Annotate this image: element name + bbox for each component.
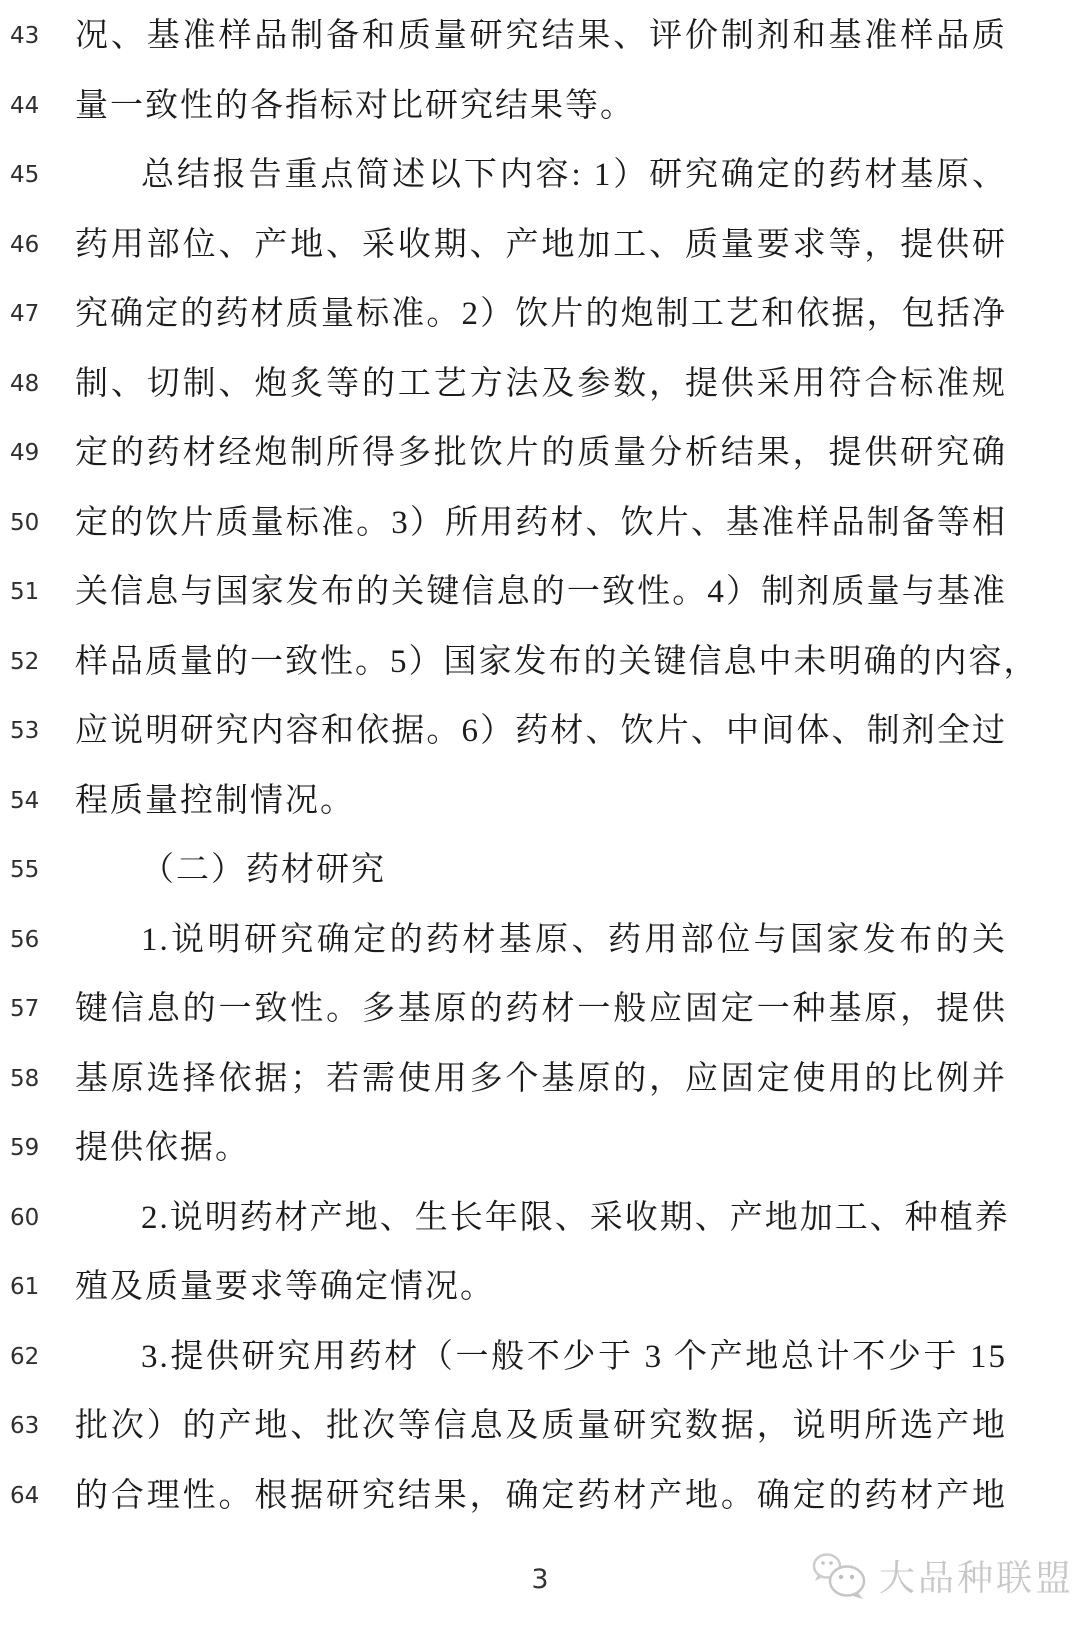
document-line: 61殖及质量要求等确定情况。 (0, 1256, 1080, 1318)
line-number: 54 (10, 770, 58, 832)
line-text: 提供依据。 (75, 1117, 1007, 1179)
line-text: 1.说明研究确定的药材基原、药用部位与国家发布的关 (75, 909, 1007, 971)
document-line: 58基原选择依据；若需使用多个基原的，应固定使用的比例并 (0, 1048, 1080, 1110)
line-number: 60 (10, 1187, 58, 1249)
section-heading: （二）药材研究 (75, 839, 1007, 901)
watermark: 大品种联盟 (811, 1546, 1074, 1604)
line-text: 定的饮片质量标准。3）所用药材、饮片、基准样品制备等相 (75, 492, 1007, 554)
document-line: 561.说明研究确定的药材基原、药用部位与国家发布的关 (0, 909, 1080, 971)
line-number: 46 (10, 214, 58, 276)
line-text: 3.提供研究用药材（一般不少于 3 个产地总计不少于 15 (75, 1326, 1007, 1388)
line-number: 55 (10, 839, 58, 901)
line-text: 关信息与国家发布的关键信息的一致性。4）制剂质量与基准 (75, 561, 1007, 623)
line-text: 总结报告重点简述以下内容: 1）研究确定的药材基原、 (75, 144, 1007, 206)
line-text: 批次）的产地、批次等信息及质量研究数据，说明所选产地 (75, 1395, 1007, 1457)
line-number: 57 (10, 978, 58, 1040)
line-number: 52 (10, 631, 58, 693)
line-number: 62 (10, 1326, 58, 1388)
document-line: 63批次）的产地、批次等信息及质量研究数据，说明所选产地 (0, 1395, 1080, 1457)
document-line: 49定的药材经炮制所得多批饮片的质量分析结果，提供研究确 (0, 422, 1080, 484)
line-text: 量一致性的各指标对比研究结果等。 (75, 75, 1007, 137)
document-line: 43况、基准样品制备和质量研究结果、评价制剂和基准样品质 (0, 5, 1080, 67)
line-text: 定的药材经炮制所得多批饮片的质量分析结果，提供研究确 (75, 422, 1007, 484)
line-number: 58 (10, 1048, 58, 1110)
document-line: 59提供依据。 (0, 1117, 1080, 1179)
line-text: 应说明研究内容和依据。6）药材、饮片、中间体、制剂全过 (75, 700, 1007, 762)
line-text: 样品质量的一致性。5）国家发布的关键信息中未明确的内容， (75, 631, 1007, 693)
document-line: 55（二）药材研究 (0, 839, 1080, 901)
line-number: 48 (10, 353, 58, 415)
line-number: 61 (10, 1256, 58, 1318)
document-line: 57键信息的一致性。多基原的药材一般应固定一种基原，提供 (0, 978, 1080, 1040)
line-text: 的合理性。根据研究结果，确定药材产地。确定的药材产地 (75, 1465, 1007, 1527)
document-line: 46药用部位、产地、采收期、产地加工、质量要求等，提供研 (0, 214, 1080, 276)
line-number: 53 (10, 700, 58, 762)
document-line: 51关信息与国家发布的关键信息的一致性。4）制剂质量与基准 (0, 561, 1080, 623)
document-line: 48制、切制、炮炙等的工艺方法及参数，提供采用符合标准规 (0, 353, 1080, 415)
document-page: 43况、基准样品制备和质量研究结果、评价制剂和基准样品质44量一致性的各指标对比… (0, 0, 1080, 1626)
line-number: 59 (10, 1117, 58, 1179)
line-text: 药用部位、产地、采收期、产地加工、质量要求等，提供研 (75, 214, 1007, 276)
line-text: 程质量控制情况。 (75, 770, 1007, 832)
wechat-logo-icon (811, 1550, 869, 1600)
line-number: 49 (10, 422, 58, 484)
line-number: 63 (10, 1395, 58, 1457)
document-line: 47究确定的药材质量标准。2）饮片的炮制工艺和依据，包括净 (0, 283, 1080, 345)
document-line: 54程质量控制情况。 (0, 770, 1080, 832)
watermark-label: 大品种联盟 (879, 1550, 1074, 1601)
line-text: 基原选择依据；若需使用多个基原的，应固定使用的比例并 (75, 1048, 1007, 1110)
document-line: 44量一致性的各指标对比研究结果等。 (0, 75, 1080, 137)
line-text: 况、基准样品制备和质量研究结果、评价制剂和基准样品质 (75, 5, 1007, 67)
document-line: 50定的饮片质量标准。3）所用药材、饮片、基准样品制备等相 (0, 492, 1080, 554)
document-line: 53应说明研究内容和依据。6）药材、饮片、中间体、制剂全过 (0, 700, 1080, 762)
document-line: 45总结报告重点简述以下内容: 1）研究确定的药材基原、 (0, 144, 1080, 206)
line-number: 43 (10, 5, 58, 67)
line-text: 键信息的一致性。多基原的药材一般应固定一种基原，提供 (75, 978, 1007, 1040)
document-line: 623.提供研究用药材（一般不少于 3 个产地总计不少于 15 (0, 1326, 1080, 1388)
line-text: 2.说明药材产地、生长年限、采收期、产地加工、种植养 (75, 1187, 1007, 1249)
line-number: 50 (10, 492, 58, 554)
line-number: 51 (10, 561, 58, 623)
line-text: 殖及质量要求等确定情况。 (75, 1256, 1007, 1318)
line-number: 56 (10, 909, 58, 971)
document-line: 64的合理性。根据研究结果，确定药材产地。确定的药材产地 (0, 1465, 1080, 1527)
line-number: 47 (10, 283, 58, 345)
line-text: 制、切制、炮炙等的工艺方法及参数，提供采用符合标准规 (75, 353, 1007, 415)
line-number: 45 (10, 144, 58, 206)
document-line: 602.说明药材产地、生长年限、采收期、产地加工、种植养 (0, 1187, 1080, 1249)
document-line: 52样品质量的一致性。5）国家发布的关键信息中未明确的内容， (0, 631, 1080, 693)
line-text: 究确定的药材质量标准。2）饮片的炮制工艺和依据，包括净 (75, 283, 1007, 345)
line-number: 64 (10, 1465, 58, 1527)
line-number: 44 (10, 75, 58, 137)
